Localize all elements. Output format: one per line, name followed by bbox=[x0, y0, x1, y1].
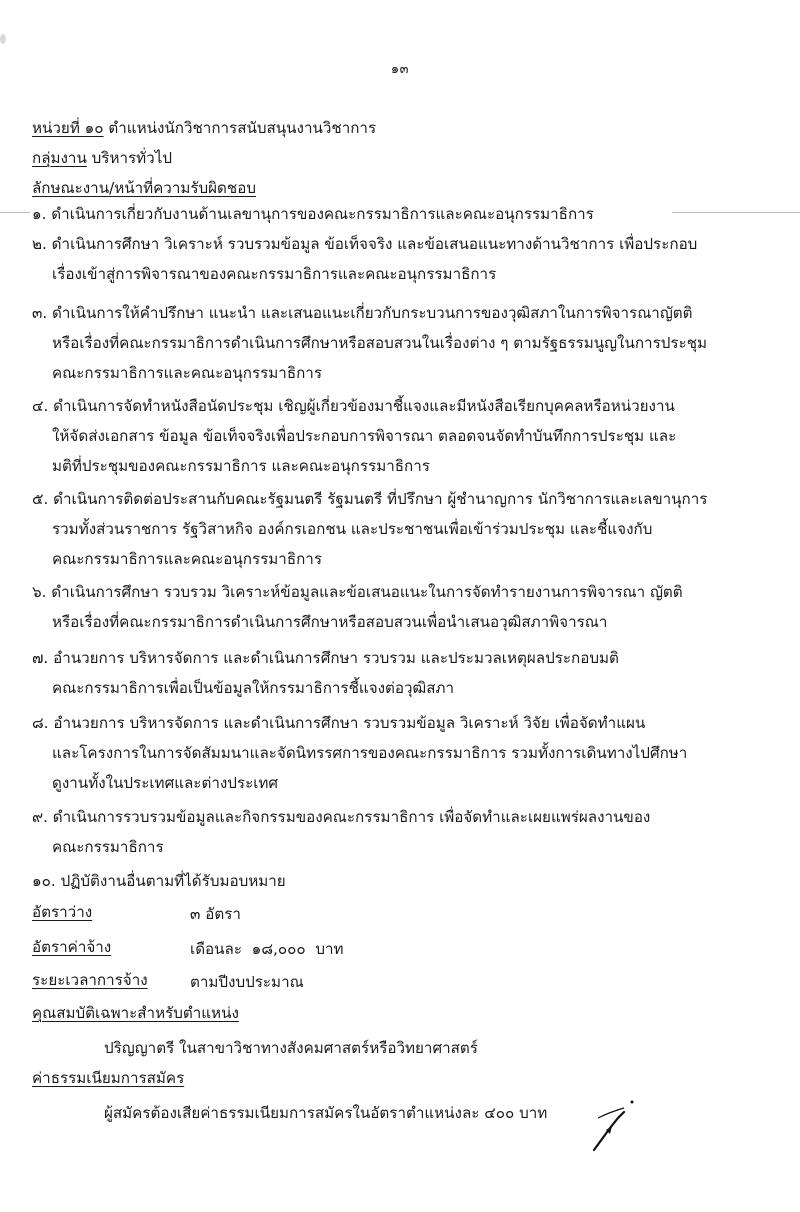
duty-number: ๘. bbox=[32, 714, 49, 732]
vacancies-value: ๓ อัตรา bbox=[190, 902, 241, 926]
duties-heading: ลักษณะงาน/หน้าที่ความรับผิดชอบ bbox=[32, 176, 256, 200]
duty-item-3-cont: คณะกรรมาธิการและคณะอนุกรรมาธิการ bbox=[52, 361, 322, 385]
scan-rule-right bbox=[672, 212, 800, 213]
duty-item-6: ๖. ดำเนินการศึกษา รวบรวม วิเคราะห์ข้อมูล… bbox=[32, 580, 683, 604]
salary-value: เดือนละ ๑๘,๐๐๐ บาท bbox=[190, 937, 344, 961]
duty-item-7-cont: คณะกรรมาธิการเพื่อเป็นข้อมูลให้กรรมาธิกา… bbox=[52, 676, 454, 700]
duty-item-5-cont: คณะกรรมาธิการและคณะอนุกรรมาธิการ bbox=[52, 547, 322, 571]
duty-item-8: ๘. อำนวยการ บริหารจัดการ และดำเนินการศึก… bbox=[32, 711, 645, 735]
page-number: ๑๓ bbox=[0, 58, 800, 79]
duty-item-5: ๕. ดำเนินการติดต่อประสานกับคณะรัฐมนตรี ร… bbox=[32, 487, 707, 511]
duty-number: ๕. bbox=[32, 490, 48, 508]
qualifications-text: ปริญญาตรี ในสาขาวิชาทางสังคมศาสตร์หรือวิ… bbox=[104, 1036, 478, 1060]
duty-number: ๓. bbox=[32, 304, 47, 322]
duty-item-8-cont: ดูงานทั้งในประเทศและต่างประเทศ bbox=[52, 771, 278, 795]
duty-text: ดำเนินการติดต่อประสานกับคณะรัฐมนตรี รัฐม… bbox=[53, 490, 707, 508]
work-group-label: กลุ่มงาน bbox=[32, 149, 87, 167]
application-fee-text: ผู้สมัครต้องเสียค่าธรรมเนียมการสมัครในอั… bbox=[104, 1101, 547, 1125]
work-group-value: บริหารทั่วไป bbox=[92, 149, 172, 167]
duty-number: ๒. bbox=[32, 235, 47, 253]
duty-item-8-cont: และโครงการในการจัดสัมมนาและจัดนิทรรศการข… bbox=[52, 741, 687, 765]
duty-item-7: ๗. อำนวยการ บริหารจัดการ และดำเนินการศึก… bbox=[32, 646, 619, 670]
duty-item-3-cont: หรือเรื่องที่คณะกรรมาธิการดำเนินการศึกษา… bbox=[52, 331, 707, 355]
application-fee-heading: ค่าธรรมเนียมการสมัคร bbox=[32, 1066, 184, 1090]
duty-text: ดำเนินการรวบรวมข้อมูลและกิจกรรมของคณะกรร… bbox=[53, 808, 651, 826]
duty-text: ปฏิบัติงานอื่นตามที่ได้รับมอบหมาย bbox=[61, 872, 286, 890]
duty-text: ดำเนินการจัดทำหนังสือนัดประชุม เชิญผู้เก… bbox=[53, 397, 675, 415]
duty-item-5-cont: รวมทั้งส่วนราชการ รัฐวิสาหกิจ องค์กรเอกช… bbox=[52, 517, 652, 541]
document-page: ๑๓ หน่วยที่ ๑๐ ตำแหน่งนักวิชาการสนับสนุน… bbox=[0, 0, 800, 1212]
salary-label: อัตราค่าจ้าง bbox=[32, 935, 111, 959]
duty-text: ดำเนินการเกี่ยวกับงานด้านเลขานุการของคณะ… bbox=[51, 205, 594, 223]
duty-text: ดำเนินการศึกษา วิเคราะห์ รวบรวมข้อมูล ข้… bbox=[52, 235, 698, 253]
duty-number: ๑. bbox=[32, 205, 46, 223]
qualifications-heading: คุณสมบัติเฉพาะสำหรับตำแหน่ง bbox=[32, 1001, 239, 1025]
duty-item-6-cont: หรือเรื่องที่คณะกรรมาธิการดำเนินการศึกษา… bbox=[52, 610, 607, 634]
unit-heading: หน่วยที่ ๑๐ ตำแหน่งนักวิชาการสนับสนุนงาน… bbox=[32, 116, 376, 140]
scan-rule-left bbox=[0, 212, 30, 213]
duty-item-10: ๑๐. ปฏิบัติงานอื่นตามที่ได้รับมอบหมาย bbox=[32, 869, 286, 893]
duty-number: ๗. bbox=[32, 649, 48, 667]
duty-item-9: ๙. ดำเนินการรวบรวมข้อมูลและกิจกรรมของคณะ… bbox=[32, 805, 650, 829]
duty-text: ดำเนินการศึกษา รวบรวม วิเคราะห์ข้อมูลและ… bbox=[51, 583, 682, 601]
duty-item-9-cont: คณะกรรมาธิการ bbox=[52, 835, 164, 859]
duty-text: อำนวยการ บริหารจัดการ และดำเนินการศึกษา … bbox=[53, 714, 645, 732]
duty-item-4-cont: มติที่ประชุมของคณะกรรมาธิการ และคณะอนุกร… bbox=[52, 454, 430, 478]
duty-number: ๑๐. bbox=[32, 872, 56, 890]
vacancies-label: อัตราว่าง bbox=[32, 900, 92, 924]
work-group: กลุ่มงาน บริหารทั่วไป bbox=[32, 146, 172, 170]
duty-item-2: ๒. ดำเนินการศึกษา วิเคราะห์ รวบรวมข้อมูล… bbox=[32, 232, 697, 256]
employment-period-value: ตามปีงบประมาณ bbox=[190, 970, 304, 994]
duty-item-4-cont: ให้จัดส่งเอกสาร ข้อมูล ข้อเท็จจริงเพื่อป… bbox=[52, 424, 676, 448]
duty-item-1: ๑. ดำเนินการเกี่ยวกับงานด้านเลขานุการของ… bbox=[32, 202, 594, 226]
duty-number: ๖. bbox=[32, 583, 46, 601]
signature-mark-icon bbox=[588, 1098, 638, 1158]
scan-artifact bbox=[0, 34, 6, 44]
duty-text: อำนวยการ บริหารจัดการ และดำเนินการศึกษา … bbox=[53, 649, 619, 667]
employment-period-label: ระยะเวลาการจ้าง bbox=[32, 968, 148, 992]
duty-item-4: ๔. ดำเนินการจัดทำหนังสือนัดประชุม เชิญผู… bbox=[32, 394, 675, 418]
duty-item-3: ๓. ดำเนินการให้คำปรึกษา แนะนำ และเสนอแนะ… bbox=[32, 301, 693, 325]
duty-item-2-cont: เรื่องเข้าสู่การพิจารณาของคณะกรรมาธิการแ… bbox=[52, 262, 496, 286]
duties-heading-text: ลักษณะงาน/หน้าที่ความรับผิดชอบ bbox=[32, 179, 256, 197]
duty-text: ดำเนินการให้คำปรึกษา แนะนำ และเสนอแนะเกี… bbox=[52, 304, 692, 322]
unit-label: หน่วยที่ ๑๐ bbox=[32, 119, 104, 137]
duty-number: ๙. bbox=[32, 808, 48, 826]
duty-number: ๔. bbox=[32, 397, 48, 415]
unit-title: ตำแหน่งนักวิชาการสนับสนุนงานวิชาการ bbox=[108, 119, 376, 137]
